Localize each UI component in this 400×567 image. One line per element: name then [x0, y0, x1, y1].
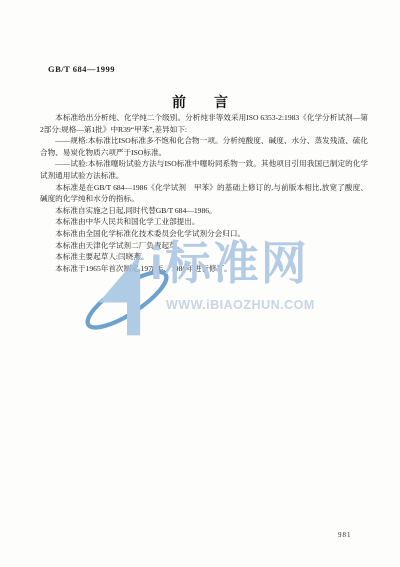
- foreword-paragraph: 本标准主要起草人:闫晓燕。: [40, 251, 368, 263]
- watermark-url: WWW.iBIAOZHUN.COM: [166, 298, 315, 312]
- page-number: 981: [338, 531, 352, 539]
- foreword-paragraph: ——规格:本标准比ISO标准多不饱和化合物一项。分析纯酸度、碱度、水分、蒸发残渣…: [40, 135, 368, 158]
- foreword-paragraph: 本标准给出分析纯、化学纯二个级别。分析纯非等效采用ISO 6353-2:1983…: [40, 112, 368, 135]
- foreword-paragraph: 本标准由中华人民共和国化学工业部提出。: [40, 216, 368, 228]
- document-page: GB/T 684—1999 前 言 本标准给出分析纯、化学纯二个级别。分析纯非等…: [0, 0, 400, 567]
- foreword-paragraph: 本标准于1965年首次制定,1978年、1986年进行修订。: [40, 263, 368, 275]
- foreword-paragraph: 本标准是在GB/T 684—1986《化学试剂 甲苯》的基础上修订的,与前版本相…: [40, 182, 368, 205]
- foreword-paragraph: 本标准自实施之日起,同时代替GB/T 684—1986。: [40, 205, 368, 217]
- foreword-body: 本标准给出分析纯、化学纯二个级别。分析纯非等效采用ISO 6353-2:1983…: [40, 112, 368, 274]
- watermark: i标准网 WWW.iBIAOZHUN.COM: [0, 0, 400, 567]
- foreword-paragraph: 本标准由全国化学标准化技术委员会化学试剂分会归口。: [40, 228, 368, 240]
- page-title: 前 言: [0, 92, 400, 112]
- foreword-paragraph: ——试验:本标准噻吩试验方法与ISO标准中噻吩同系物一致。其他项目引用我国已制定…: [40, 158, 368, 181]
- standard-code: GB/T 684—1999: [48, 64, 115, 74]
- foreword-paragraph: 本标准由天津化学试剂二厂负责起草。: [40, 240, 368, 252]
